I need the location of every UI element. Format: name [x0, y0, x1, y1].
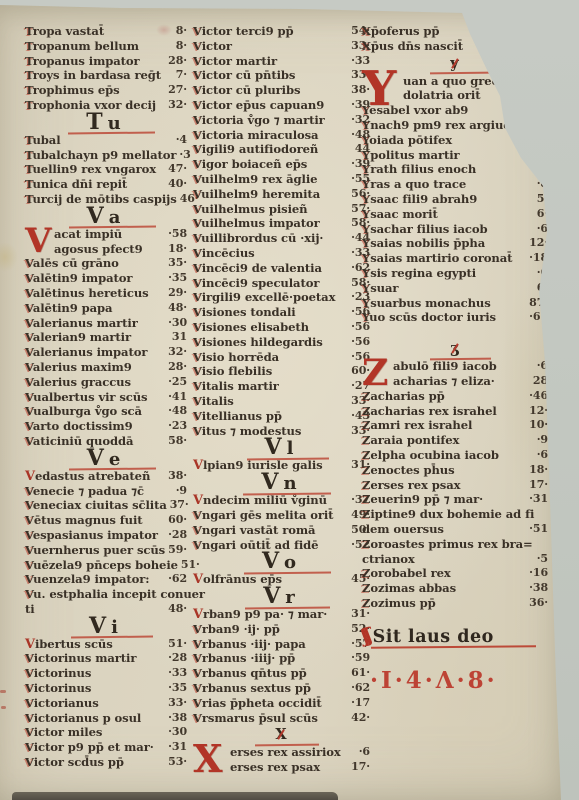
entry-text: Vincēci9 speculator — [193, 276, 348, 291]
entry-folio: ·8 — [534, 177, 548, 192]
index-entry: Victoria v̊go ⁊ martir·32 — [193, 113, 370, 128]
entry-text: Tunica dn̄i repit̄ — [25, 177, 165, 192]
entry-text: Zorobabel rex — [362, 566, 526, 581]
index-entry: Troys in bardasa reḡt7· — [25, 68, 187, 83]
entry-text: Zozimus pp̄ — [362, 596, 526, 611]
entry-text: Vuernherus puer scūs — [25, 543, 165, 558]
entry-text: Ysaac morit̄ — [362, 207, 534, 222]
entry-text: Ysachar filius iacob — [362, 222, 534, 237]
index-entry: Victorinus·35 — [25, 681, 187, 696]
entry-folio: 28 — [530, 374, 548, 389]
index-entry: Vrbanus qn̄tus pp̄61· — [193, 666, 370, 681]
entry-text: Tropanus impator — [25, 54, 165, 69]
entry-folio: ·31 — [165, 740, 187, 755]
entry-text: Victoria miraculosa — [193, 128, 348, 143]
entry-folio: ·35 — [165, 271, 187, 286]
entry-text: Vincēci9 de valentia — [193, 261, 348, 276]
index-entry: Vrban9 ·ij· pp̄52· — [193, 622, 370, 637]
index-entry: Vibertus scūs51· — [25, 637, 187, 652]
entry-folio: 60· — [165, 513, 187, 528]
section-heading: Vo — [258, 553, 305, 571]
paper-blemish — [0, 242, 18, 272]
index-entry: Zozimus pp̄36· — [362, 596, 548, 611]
entry-text: Visio flebilis — [193, 364, 348, 379]
entry-text: Victor p9 pp̄ et mar· — [25, 740, 165, 755]
index-entry: Ysaac morit̄6· — [362, 207, 548, 222]
index-entry: acat impiū·58 — [54, 227, 187, 242]
index-entry: Vespasianus impator·28 — [25, 528, 187, 543]
entry-text: Victor cū pluribs — [193, 83, 348, 98]
index-entry: agosus pfect918· — [54, 242, 187, 257]
entry-text: Victor — [193, 39, 348, 54]
index-section: ViVibertus scūs51·Victorinus martir·28Vi… — [25, 618, 187, 770]
index-entry: uan a quo greci·8 — [403, 74, 548, 89]
index-entry: Victor ep̄us capuan9·39 — [193, 98, 370, 113]
entry-text: Vuilhelm9 heremita — [193, 187, 348, 202]
entry-folio: 51· — [165, 637, 187, 652]
entry-folio: ·46 — [526, 389, 548, 404]
entry-text: Vespasianus impator — [25, 528, 165, 543]
index-entry: Victor cū pn̄tibs33· — [193, 68, 370, 83]
entry-text: Vrban9 p9 pa· ⁊ mar· — [193, 607, 348, 622]
ink-bleed-mark — [0, 690, 6, 693]
index-entry: Vitalis33· — [193, 394, 370, 409]
entry-text: Ysaac fili9 abrah9 — [362, 192, 534, 207]
entry-text: Valerianus impator — [25, 345, 165, 360]
entry-folio: 37· — [167, 498, 189, 513]
index-entry: Vigor boiaceñ ep̄s·39 — [193, 157, 370, 172]
entry-text: Trophimus ep̄s — [25, 83, 165, 98]
entry-text: Victoria v̊go ⁊ martir — [193, 113, 348, 128]
entry-text: Zozimas abbas — [362, 581, 526, 596]
heading-row: Vn — [193, 474, 370, 491]
entry-folio: 28· — [165, 360, 187, 375]
index-entry: Vuenzela9 impator:·62 — [25, 572, 187, 587]
index-entry: Vuilhelmus impator58· — [193, 216, 370, 231]
index-entry: Vuilhelmus pisieñ57· — [193, 202, 370, 217]
entry-list: Tubal·4Tubalchayn p9 mellator·3Tuellin9 … — [25, 133, 187, 207]
index-entry: Tunica dn̄i repit̄40· — [25, 177, 187, 192]
entry-text: Victor terci9 pp̄ — [193, 24, 348, 39]
index-entry: Ziptine9 dux bohemie ad fi — [362, 507, 548, 522]
entry-folio: ·23 — [165, 419, 187, 434]
entry-text: Vuilhelmus pisieñ — [193, 202, 348, 217]
entry-text: Victorianus p osul — [25, 711, 165, 726]
entry-text: Visiones elisabeth — [193, 320, 348, 335]
entry-text: Zerses rex psax — [362, 478, 526, 493]
entry-folio — [545, 537, 548, 552]
entry-list: Yuan a quo greci·8dolatria orit̄·5Yesabe… — [362, 74, 548, 326]
entry-text: Vitalis — [193, 394, 348, 409]
entry-text: Yrath filius enoch — [362, 162, 534, 177]
entry-folio: ·11 — [526, 133, 548, 148]
index-column-left: Tropa vastat̄8·Tropanum bellum8·Tropanus… — [25, 24, 187, 770]
index-entry: Ysis regina egypti·6 — [362, 266, 548, 281]
index-entry: Valerianus martir·30 — [25, 316, 187, 331]
entry-list: Xerses rex assiriox·6erses rex psax17· — [193, 745, 370, 775]
index-entry: dem ouersus·51 — [362, 522, 548, 537]
entry-folio: ·6 — [534, 222, 548, 237]
index-entry: Victorinus martir·28 — [25, 651, 187, 666]
entry-folio: 31 — [169, 330, 187, 345]
index-entry: Zoroastes primus rex bra= — [362, 537, 548, 552]
entry-text: Veneciax ciuitas sc̄lita — [25, 498, 167, 513]
entry-text: Vu. estphalia incepit conuer — [25, 587, 205, 602]
entry-text: Vigor boiaceñ ep̄s — [193, 157, 348, 172]
index-section: Tropa vastat̄8·Tropanum bellum8·Tropanus… — [25, 24, 187, 113]
drop-cap-initial: X — [193, 745, 230, 775]
index-entry: Victor scd̄us pp̄53· — [25, 755, 187, 770]
entry-folio: 8· — [173, 24, 187, 39]
entry-text: Vngari gēs melita orit̄ — [193, 508, 348, 523]
colophon: ʃʃSit laus deo·I·4·Λ·8· — [362, 625, 548, 694]
entry-text: Vualburga v̊go scā — [25, 404, 165, 419]
entry-folio: ·30 — [165, 316, 187, 331]
entry-folio: 28· — [165, 54, 187, 69]
heading-row: Vo — [193, 553, 370, 570]
entry-folio: ·8 — [534, 74, 548, 89]
entry-text: dem ouersus — [362, 522, 526, 537]
entry-text: Visiones hildegardis — [193, 335, 348, 350]
entry-text: Zelpha ocubina iacob — [362, 448, 534, 463]
entry-folio: 35· — [165, 256, 187, 271]
entry-folio: 48· — [165, 301, 187, 316]
entry-text: Vitellianus pp̄ — [193, 409, 348, 424]
index-entry: Zeuerin9 pp̄ ⁊ mar··31 — [362, 492, 548, 507]
section-heading: Vl — [261, 439, 303, 457]
index-entry: Vualburga v̊go scā·48 — [25, 404, 187, 419]
entry-text: Vitalis martir — [193, 379, 348, 394]
entry-text: Vuilhelm9 rex āglie — [193, 172, 348, 187]
entry-text: Ysuar — [362, 281, 534, 296]
index-entry: Vitellianus pp̄·43 — [193, 409, 370, 424]
entry-folio: ·28 — [165, 651, 187, 666]
entry-folio: 17· — [526, 478, 548, 493]
entry-folio: 53· — [165, 755, 187, 770]
entry-text: Virgili9 excellē·poetax — [193, 290, 348, 305]
index-entry: Vrbanus ·iij· papa·57 — [193, 637, 370, 652]
heading-row: Ve — [25, 450, 187, 467]
entry-folio: 5· — [534, 192, 548, 207]
entry-folio: 29· — [165, 286, 187, 301]
index-entry: Veneciax ciuitas sc̄lita37· — [25, 498, 187, 513]
entry-text: Victor cū pn̄tibs — [193, 68, 348, 83]
index-entry: Vincēcius·33 — [193, 246, 370, 261]
heading-row: Vr — [193, 588, 370, 605]
index-entry: Vētus magnus fuit60· — [25, 513, 187, 528]
index-entry: Valerius maxim928· — [25, 360, 187, 375]
entry-text: Vrbanus ·iiij· pp̄ — [193, 651, 348, 666]
entry-text: acat impiū — [54, 227, 165, 242]
entry-text: Vigili9 autifiodoreñ — [193, 142, 352, 157]
entry-folio: ·28 — [165, 528, 187, 543]
entry-text: Victorinus — [25, 681, 165, 696]
entry-text: Vētus magnus fuit — [25, 513, 165, 528]
entry-text: Valētin9 papa — [25, 301, 165, 316]
index-entry: Vrbanus sextus pp̄·62 — [193, 681, 370, 696]
entry-folio: 17· — [348, 760, 370, 775]
entry-folio: ·28 — [526, 39, 548, 54]
index-entry: erses rex psax17· — [230, 760, 370, 775]
index-entry: Ynach9 pm9 rex argiuox·6 — [362, 118, 548, 133]
section-heading: Ve — [83, 450, 130, 468]
entry-folio: 58· — [165, 434, 187, 449]
index-entry: Vedastus atrebateñ38· — [25, 469, 187, 484]
index-entry: Yras a quo trace·8 — [362, 177, 548, 192]
section-heading: X — [269, 727, 293, 743]
index-entry: Visiones tondali·56 — [193, 305, 370, 320]
entry-text: Vrbanus qn̄tus pp̄ — [193, 666, 348, 681]
index-entry: Yuo scūs doctor iuris·61 — [362, 310, 548, 325]
entry-text: Valētinus hereticus — [25, 286, 165, 301]
index-entry: Vuillibrordus cū ·xij··44 — [193, 231, 370, 246]
entry-text: Yras a quo trace — [362, 177, 534, 192]
entry-text: abulō fili9 iacob — [393, 359, 534, 374]
colophon-line: ʃʃSit laus deo — [362, 625, 548, 647]
entry-text: erses rex assiriox — [230, 745, 356, 760]
heading-row: Tu — [25, 114, 187, 131]
index-section: XXerses rex assiriox·6erses rex psax17· — [193, 726, 370, 775]
index-entry: erses rex assiriox·6 — [230, 745, 370, 760]
entry-folio: 40· — [165, 177, 187, 192]
index-section: ʒZabulō fili9 iacob·6acharias ⁊ eliza·28… — [362, 340, 548, 611]
entry-text: Tubal — [25, 133, 173, 148]
index-entry: Vndecim miliū v̊ginū·37 — [193, 493, 370, 508]
index-section: VnVndecim miliū v̊ginū·37Vngari gēs meli… — [193, 474, 370, 552]
heading-row: Vl — [193, 439, 370, 456]
entry-folio — [545, 507, 548, 522]
index-entry: Tropa vastat̄8· — [25, 24, 187, 39]
entry-text: Visiones tondali — [193, 305, 348, 320]
entry-list: Victor terci9 pp̄54·Victor33·Victor mart… — [193, 24, 370, 438]
drop-cap-initial: Z — [362, 359, 393, 389]
entry-text: Vrias p̄pheta occidit̄ — [193, 696, 348, 711]
index-entry: Zamri rex israhel10· — [362, 418, 548, 433]
entry-text: Tropanum bellum — [25, 39, 173, 54]
index-section: VlVlpian9 iurisle galis31· — [193, 439, 370, 473]
entry-text: Victorinus — [25, 666, 165, 681]
entry-folio: 87· — [526, 296, 548, 311]
entry-folio: 18· — [526, 463, 548, 478]
index-entry: Victorianus33· — [25, 696, 187, 711]
entry-text: Yuo scūs doctor iuris — [362, 310, 526, 325]
entry-text: Vrban9 ·ij· pp̄ — [193, 622, 348, 637]
entry-folio: ·25 — [165, 375, 187, 390]
index-entry: Victor p9 pp̄ et mar··31 — [25, 740, 187, 755]
index-section: yYuan a quo greci·8dolatria orit̄·5Yesab… — [362, 55, 548, 326]
entry-list: Tropa vastat̄8·Tropanum bellum8·Tropanus… — [25, 24, 187, 113]
index-entry: Tropanum bellum8· — [25, 39, 187, 54]
entry-folio: ·16 — [526, 566, 548, 581]
index-entry: Tubalchayn p9 mellator·3 — [25, 148, 187, 163]
manuscript-page: Tropa vastat̄8·Tropanum bellum8·Tropanus… — [0, 0, 579, 800]
entry-text: Tuellin9 rex vngarox — [25, 162, 165, 177]
entry-text: Vuillibrordus cū ·xij· — [193, 231, 348, 246]
entry-folio: ·5 — [534, 88, 548, 103]
entry-folio: 33· — [165, 696, 187, 711]
index-entry: Vualbertus vir scūs·41 — [25, 390, 187, 405]
entry-folio: 36· — [526, 596, 548, 611]
entry-folio: 32· — [526, 148, 548, 163]
entry-folio: 47· — [165, 162, 187, 177]
entry-folio: 7· — [173, 68, 187, 83]
index-entry: abulō fili9 iacob·6 — [393, 359, 548, 374]
entry-text: Valēs cū grāno — [25, 256, 165, 271]
entry-text: Zenoctes ph̄us — [362, 463, 526, 478]
entry-text: Ynach9 pm9 rex argiuox — [362, 118, 534, 133]
index-entry: Trophimus ep̄s27· — [25, 83, 187, 98]
entry-text: Ysuarbus monachus — [362, 296, 526, 311]
entry-text: Victor martir — [193, 54, 348, 69]
index-section: VaVacat impiū·58agosus pfect918·Valēs cū… — [25, 208, 187, 449]
index-entry: dolatria orit̄·5 — [403, 88, 548, 103]
index-entry: Zerses rex psax17· — [362, 478, 548, 493]
index-entry: Victor33· — [193, 39, 370, 54]
entry-list: Vrban9 p9 pa· ⁊ mar·31·Vrban9 ·ij· pp̄52… — [193, 607, 370, 725]
entry-folio: ·58 — [165, 227, 187, 242]
entry-text: Varto doctissim9 — [25, 419, 165, 434]
entry-folio: 10· — [526, 103, 548, 118]
entry-list: Xp̄oferus pp̄·50Xp̄us dn̄s nascit̄·28 — [362, 24, 548, 54]
entry-folio: ·9 — [173, 484, 187, 499]
index-entry: Vngari vastāt romā50· — [193, 523, 370, 538]
index-section: VoVolfrānus ep̄s45· — [193, 553, 370, 587]
index-entry: Venecie ⁊ padua ⁊c̄·9 — [25, 484, 187, 499]
index-column-right: Xp̄oferus pp̄·50Xp̄us dn̄s nascit̄·28yYu… — [362, 24, 548, 694]
index-entry: Vrban9 p9 pa· ⁊ mar·31· — [193, 607, 370, 622]
index-entry: Zelpha ocubina iacob·6 — [362, 448, 548, 463]
entry-folio: 18· — [165, 242, 187, 257]
index-entry: Ysaias nobilis p̄pha12· — [362, 236, 548, 251]
entry-folio: 48· — [165, 602, 187, 617]
index-entry: Vitalis martir·27 — [193, 379, 370, 394]
entry-text: Victor ep̄us capuan9 — [193, 98, 348, 113]
entry-folio: ·38 — [526, 581, 548, 596]
entry-text: Zamri rex israhel — [362, 418, 526, 433]
entry-text: Tropa vastat̄ — [25, 24, 173, 39]
entry-text: Vuilhelmus impator — [193, 216, 348, 231]
entry-list: Vedastus atrebateñ38·Venecie ⁊ padua ⁊c̄… — [25, 469, 187, 617]
index-entry: Vrsmarus p̄sul scūs42· — [193, 711, 370, 726]
drop-cap-initial: V — [25, 227, 54, 257]
entry-folio: ·31 — [526, 492, 548, 507]
entry-text: ctrianox — [362, 552, 534, 567]
entry-text: Zeuerin9 pp̄ ⁊ mar· — [362, 492, 526, 507]
ink-bleed-mark — [1, 706, 6, 709]
entry-text: Valerianus martir — [25, 316, 165, 331]
index-entry: Vuēzela9 pn̄ceps boheie51· — [25, 558, 187, 573]
entry-folio: ·35 — [165, 681, 187, 696]
entry-folio: ·3 — [176, 148, 190, 163]
entry-folio: ·30 — [165, 725, 187, 740]
entry-text: Victor miles — [25, 725, 165, 740]
index-entry: Zorobabel rex·16 — [362, 566, 548, 581]
index-entry: Valerius graccus·25 — [25, 375, 187, 390]
index-entry: Vu. estphalia incepit conuer — [25, 587, 187, 602]
index-entry: Victor cū pluribs38· — [193, 83, 370, 98]
entry-folio: ·48 — [165, 404, 187, 419]
paragraph-mark: ʃʃ — [360, 624, 371, 647]
index-entry: Vigili9 autifiodoreñ44 — [193, 142, 370, 157]
entry-folio: ·41 — [165, 390, 187, 405]
entry-folio: ·9 — [534, 433, 548, 448]
entry-text: Vuēzela9 pn̄ceps boheie — [25, 558, 178, 573]
index-entry: Xp̄oferus pp̄·50 — [362, 24, 548, 39]
entry-text: uan a quo greci — [403, 74, 534, 89]
entry-folio: ·51 — [526, 522, 548, 537]
print-date: ·I·4·Λ·8· — [362, 667, 548, 694]
entry-folio: ·38 — [165, 711, 187, 726]
entry-folio: ·5 — [534, 552, 548, 567]
entry-folio: ·17 — [348, 696, 370, 711]
entry-text: Vngari vastāt romā — [193, 523, 348, 538]
index-entry: Tuellin9 rex vngarox47· — [25, 162, 187, 177]
index-entry: Ysaias martirio coronat̄·18 — [362, 251, 548, 266]
entry-text: Victorianus — [25, 696, 165, 711]
entry-list: Vacat impiū·58agosus pfect918·Valēs cū g… — [25, 227, 187, 449]
entry-folio: 32· — [165, 345, 187, 360]
entry-folio: ·4 — [173, 133, 187, 148]
entry-text: Yoiada pōtifex — [362, 133, 526, 148]
index-entry: Victor miles·30 — [25, 725, 187, 740]
index-section: VeVedastus atrebateñ38·Venecie ⁊ padua ⁊… — [25, 450, 187, 617]
index-entry: Ysuarbus monachus87· — [362, 296, 548, 311]
index-entry: Victor terci9 pp̄54· — [193, 24, 370, 39]
entry-folio: 6· — [534, 207, 548, 222]
entry-text: Ziptine9 dux bohemie ad fi — [362, 507, 545, 522]
entry-folio: ·6 — [534, 266, 548, 281]
entry-list: Vndecim miliū v̊ginū·37Vngari gēs melita… — [193, 493, 370, 552]
binding-edge — [12, 792, 338, 800]
index-section: Xp̄oferus pp̄·50Xp̄us dn̄s nascit̄·28 — [362, 24, 548, 54]
entry-text: Vndecim miliū v̊ginū — [193, 493, 348, 508]
entry-text: Valerius graccus — [25, 375, 165, 390]
heading-row: Vi — [25, 618, 187, 635]
index-entry: Tubal·4 — [25, 133, 187, 148]
drop-cap-initial: Y — [362, 74, 403, 104]
index-entry: Zacharias rex israhel12· — [362, 404, 548, 419]
index-entry: Valerian9 martir31 — [25, 330, 187, 345]
entry-folio: 38· — [165, 469, 187, 484]
section-heading: Tu — [82, 114, 129, 132]
index-entry: Victor martir·33 — [193, 54, 370, 69]
index-entry: Victoria miraculosa·48 — [193, 128, 370, 143]
entry-text: erses rex psax — [230, 760, 348, 775]
index-entry: Victorinus·33 — [25, 666, 187, 681]
index-entry: Xp̄us dn̄s nascit̄·28 — [362, 39, 548, 54]
entry-text: Xp̄oferus pp̄ — [362, 24, 526, 39]
entry-folio: ·61 — [526, 310, 548, 325]
index-entry: acharias ⁊ eliza·28 — [393, 374, 548, 389]
index-entry: Visio flebilis60· — [193, 364, 370, 379]
entry-text: Valētin9 impator — [25, 271, 165, 286]
entry-text: Vrbanus sextus pp̄ — [193, 681, 348, 696]
entry-text: Tubalchayn p9 mellator — [25, 148, 176, 163]
entry-text: Venecie ⁊ padua ⁊c̄ — [25, 484, 173, 499]
index-entry: Vincēci9 speculator58· — [193, 276, 370, 291]
entry-list: Vibertus scūs51·Victorinus martir·28Vict… — [25, 637, 187, 770]
entry-folio: 12· — [526, 404, 548, 419]
entry-folio: 12· — [526, 236, 548, 251]
index-entry: Valerianus impator32· — [25, 345, 187, 360]
entry-folio: 10· — [526, 418, 548, 433]
index-entry: Zaraia pontifex·9 — [362, 433, 548, 448]
entry-text: Valerius maxim9 — [25, 360, 165, 375]
entry-folio: ·62 — [165, 572, 187, 587]
entry-text: Vuenzela9 impator: — [25, 572, 165, 587]
entry-folio: 6· — [534, 281, 548, 296]
index-entry: Yoiada pōtifex·11 — [362, 133, 548, 148]
